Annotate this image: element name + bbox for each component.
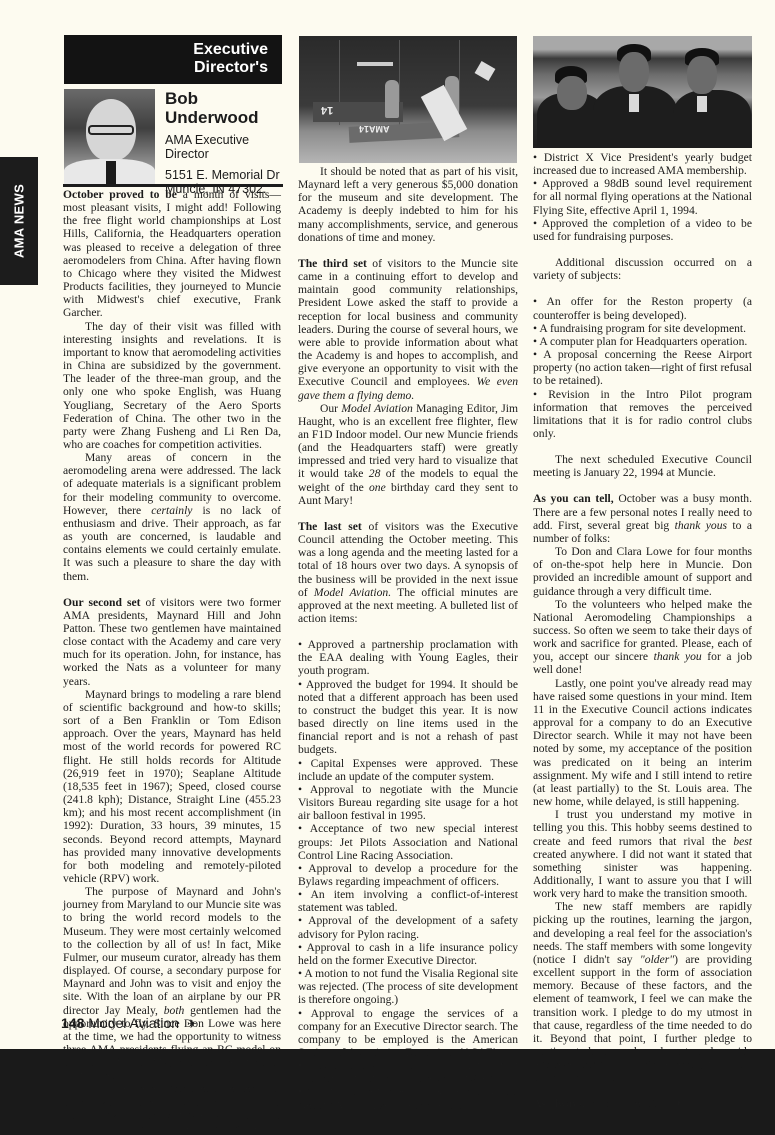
author-bio: Bob Underwood AMA Executive Director 515… [165, 89, 285, 196]
discussion-item: • An offer for the Reston property (a co… [533, 295, 752, 321]
title-line-1: Executive [64, 41, 268, 59]
action-item: • Approval to develop a procedure for th… [298, 862, 518, 888]
paragraph: The new staff members are rapidly pickin… [533, 900, 752, 1054]
discussion-item: • Revision in the Intro Pilot program in… [533, 388, 752, 441]
discussion-item: • A fundraising program for site develop… [533, 322, 752, 335]
action-item: • Approved a 98dB sound level requiremen… [533, 177, 752, 216]
action-item: • Approved the budget for 1994. It shoul… [298, 678, 518, 757]
airplane-icon: ✈ [187, 1017, 197, 1031]
paragraph: Maynard brings to modeling a rare blend … [63, 688, 281, 885]
discussion-item: • A proposal concerning the Reese Airpor… [533, 348, 752, 387]
paragraph: Our Model Aviation Managing Editor, Jim … [298, 402, 518, 507]
paragraph: Additional discussion occurred on a vari… [533, 256, 752, 282]
action-item: • A motion to not fund the Visalia Regio… [298, 967, 518, 1006]
title-line-2: Director's [64, 59, 268, 77]
paragraph: Lastly, one point you've already read ma… [533, 677, 752, 809]
paragraph: Our second set of visitors were two form… [63, 596, 281, 688]
paragraph: The next scheduled Executive Council mee… [533, 453, 752, 479]
paragraph: The last set of visitors was the Executi… [298, 520, 518, 625]
article-column-2: It should be noted that as part of his v… [298, 165, 518, 1054]
discussion-item: • A computer plan for Headquarters opera… [533, 335, 752, 348]
magazine-page: AMA NEWS Executive Director's Bob Underw… [0, 0, 775, 1049]
column-title-banner: Executive Director's [64, 35, 282, 84]
article-column-3: • District X Vice President's yearly bud… [533, 151, 752, 1054]
action-item: • Acceptance of two new special interest… [298, 822, 518, 861]
page-footer: 148 Model Aviation ✈ [61, 1015, 197, 1031]
model-aircraft-photo: AMA14 14 [299, 36, 517, 163]
paragraph: Many areas of concern in the aeromodelin… [63, 451, 281, 583]
paragraph: To the volunteers who helped make the Na… [533, 598, 752, 677]
paragraph: I trust you understand my motive in tell… [533, 808, 752, 900]
section-tab-label: AMA NEWS [12, 184, 27, 258]
action-item: • Approval to negotiate with the Muncie … [298, 783, 518, 822]
action-item: • Approval to cash in a life insurance p… [298, 941, 518, 967]
publication-name: Model Aviation [88, 1015, 179, 1031]
action-item: • An item involving a conflict-of-intere… [298, 888, 518, 914]
action-item: • Approval to engage the services of a c… [298, 1007, 518, 1054]
action-item: • District X Vice President's yearly bud… [533, 151, 752, 177]
page-number: 148 [61, 1015, 84, 1031]
header-divider [63, 184, 283, 187]
paragraph: It should be noted that as part of his v… [298, 165, 518, 244]
paragraph: To Don and Clara Lowe for four months of… [533, 545, 752, 598]
section-tab: AMA NEWS [0, 157, 38, 285]
paragraph: The day of their visit was filled with i… [63, 320, 281, 452]
action-item: • Approved the completion of a video to … [533, 217, 752, 243]
author-role: AMA Executive Director [165, 133, 285, 161]
author-portrait-photo [64, 89, 155, 187]
scan-edge [0, 1049, 775, 1054]
paragraph: The third set of visitors to the Muncie … [298, 257, 518, 402]
paragraph: As you can tell, October was a busy mont… [533, 492, 752, 545]
action-item: • Approval of the development of a safet… [298, 914, 518, 940]
author-name: Bob Underwood [165, 89, 285, 127]
paragraph: October proved to be a month of visits—m… [63, 188, 281, 320]
action-item: • Capital Expenses were approved. These … [298, 757, 518, 783]
article-column-1: October proved to be a month of visits—m… [63, 188, 281, 1054]
delegation-photo [533, 36, 752, 148]
action-item: • Approved a partnership proclamation wi… [298, 638, 518, 677]
